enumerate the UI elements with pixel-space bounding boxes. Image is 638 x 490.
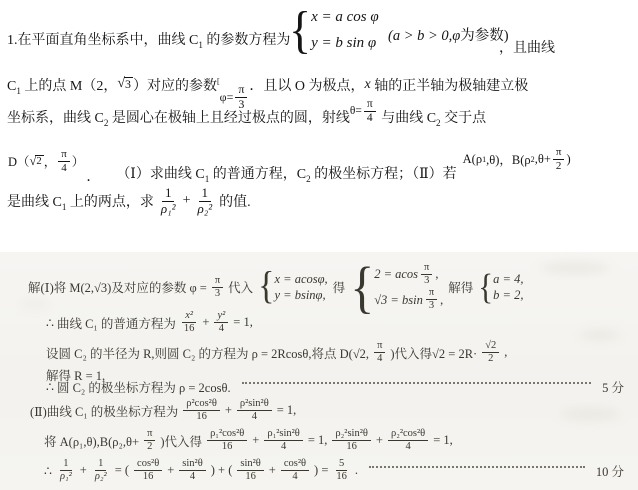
fraction-sin2-16: sin²θ16 xyxy=(237,458,263,483)
point-d-formula: D（√2，π4） xyxy=(8,148,84,174)
text-segment: 是曲线 C xyxy=(7,195,62,210)
plus-sign: + xyxy=(225,403,232,418)
fraction-denominator: 16 xyxy=(333,471,350,483)
fraction-denominator: 4 xyxy=(187,471,198,483)
therefore-symbol: ∴ xyxy=(46,315,54,331)
fraction-numerator: cos²θ xyxy=(134,458,162,471)
result-system: {a = 4,b = 2, xyxy=(478,271,523,304)
therefore-symbol: ∴ xyxy=(46,379,54,395)
fraction-denominator: 4 xyxy=(58,162,70,175)
fraction-denominator: 16 xyxy=(219,441,236,453)
fraction-numerator: cos²θ xyxy=(281,458,309,471)
plus-sign: + xyxy=(269,463,276,478)
questions-text: （Ⅰ）求曲线 C1 的普通方程，C2 的极坐标方程；（Ⅱ）若 xyxy=(116,163,456,184)
sqrt-radical: √3 xyxy=(117,77,133,91)
problem-intro-text: 1.在平面直角坐标系中，曲线 C1 的参数方程为 xyxy=(7,29,290,50)
fraction-denominator: 4 xyxy=(216,323,227,335)
score-label: 10 分 xyxy=(596,462,624,480)
fraction-numerator: x² xyxy=(182,310,196,323)
fraction-pi-4: π4 xyxy=(58,148,70,174)
problem-line-3: 坐标系，曲线 C2 是圆心在极轴上且经过极点的圆，射线θ=π4 与曲线 C2 交… xyxy=(7,98,486,140)
problem-intro-tail: 的参数方程为 xyxy=(203,33,291,48)
plus-sign: + xyxy=(183,193,191,209)
fraction-1-over-rho2sq: 1ρ₂² xyxy=(194,186,215,217)
solution-text: )代入得 xyxy=(160,432,202,450)
solution-text: )代入得√2 = 2R· xyxy=(390,344,477,362)
fraction-denominator: 4 xyxy=(278,441,289,453)
solution-line-8: ∴ 1ρ₁² + 1ρ₂² = ( cos²θ16 + sin²θ4 ) + (… xyxy=(44,458,624,483)
math-document-page: 1.在平面直角坐标系中，曲线 C1 的参数方程为 {x = a cos φy =… xyxy=(0,0,638,490)
fraction-denominator: 2 xyxy=(485,353,496,365)
dotted-leader xyxy=(369,466,585,468)
theta-equals: θ= xyxy=(350,105,362,118)
plus-sign: + xyxy=(80,463,87,478)
fraction-denominator: 2 xyxy=(553,160,565,173)
fraction-y2-4: y²4 xyxy=(214,310,228,335)
fraction-rho1sin2-4: ρ₁²sin²θ4 xyxy=(264,428,302,453)
fraction-numerator: sin²θ xyxy=(179,458,205,471)
brace-symbol: { xyxy=(289,7,311,53)
parametric-system: {x = a cos φy = b sin φ xyxy=(289,4,379,56)
solution-text: 代入 xyxy=(228,278,253,296)
fraction-sin2-4: sin²θ4 xyxy=(179,458,205,483)
question-text: 的普通方程，C xyxy=(209,167,306,182)
period: ． xyxy=(86,166,100,186)
equals-one: = 1, xyxy=(277,403,297,418)
close-paren-equals: ) = xyxy=(314,463,328,478)
plus-sign: + xyxy=(376,433,383,448)
plus-sign: + xyxy=(202,315,209,330)
fraction-numerator: π xyxy=(212,275,223,288)
solution-text: 圆 C₂ 的极坐标方程为 ρ = 2cosθ. xyxy=(57,378,231,396)
system-rows: x = acosφ,y = bsinφ, xyxy=(274,271,327,304)
curve-label: C xyxy=(7,79,16,94)
comma: , xyxy=(504,345,507,360)
solution-text: 解得 xyxy=(448,278,473,296)
fraction-numerator: 5 xyxy=(336,458,347,471)
solution-text: 曲线 C₁ 的普通方程为 xyxy=(57,314,176,332)
comma: , xyxy=(435,266,438,282)
text-segment: 是圆心在极轴上且经过极点的圆，射线 xyxy=(108,111,350,126)
fraction-rho2sin2-4: ρ²sin²θ4 xyxy=(237,398,272,423)
text-segment: 交于点 xyxy=(441,111,487,126)
plus-sign: + xyxy=(167,463,174,478)
plus-sign: + xyxy=(252,433,259,448)
fraction-denominator: 16 xyxy=(181,323,198,335)
paren-close: ） xyxy=(72,152,85,170)
fraction-1-over-rho1sq: 1ρ₁² xyxy=(158,186,179,217)
fraction-denominator: 16 xyxy=(343,441,360,453)
fraction-denominator: ρ₁² xyxy=(158,202,179,217)
text-segment: ．且以 O 为极点， xyxy=(249,79,364,94)
brace-symbol: { xyxy=(350,261,374,313)
solution-line-1: 解(Ⅰ)将 M(2,√3)及对应的参数 φ = π3 代入 {x = acosφ… xyxy=(28,262,525,312)
text-segment: 坐标系，曲线 C2 是圆心在极轴上且经过极点的圆，射线 xyxy=(7,111,350,126)
fraction-denominator: 4 xyxy=(249,411,260,423)
problem-line-1: 1.在平面直角坐标系中，曲线 C1 的参数方程为 {x = a cos φy =… xyxy=(0,0,638,62)
fraction-numerator: π xyxy=(144,428,155,441)
dotted-leader xyxy=(242,382,592,384)
solution-text: 设圆 C₂ 的半径为 R,则圆 C₂ 的方程为 ρ = 2Rcosθ,将点 D(… xyxy=(46,344,369,362)
fraction-pi-3: π3 xyxy=(421,262,432,287)
fraction-rho2sin2-16: ρ₂²sin²θ16 xyxy=(332,428,370,453)
fraction-denominator: 16 xyxy=(193,411,210,423)
system-rows: a = 4,b = 2, xyxy=(493,271,523,304)
fraction-denominator: 4 xyxy=(289,471,300,483)
text-segment: 与曲线 C xyxy=(378,111,436,126)
comma: ， xyxy=(44,152,57,170)
fraction-pi-3: π3 xyxy=(426,287,437,312)
fraction-denominator: 16 xyxy=(242,471,259,483)
problem-line-5: 是曲线 C1 上的两点，求 1ρ₁² + 1ρ₂² 的值. xyxy=(7,186,251,217)
close-plus-open-paren: ) + ( xyxy=(211,463,233,478)
fraction-5-16: 516 xyxy=(333,458,350,483)
equals-one: = 1, xyxy=(433,433,453,448)
system-row: 2 = acosπ3, xyxy=(374,262,443,287)
fraction-numerator: ρ²sin²θ xyxy=(237,398,272,411)
fraction-numerator: 1 xyxy=(60,458,71,471)
theta-plus-text: ,θ+ xyxy=(535,152,551,167)
points-ab-formula: A(ρ1,θ)，B(ρ2,θ+π2) xyxy=(463,146,571,172)
parametric-rows: x = a cos φy = b sin φ xyxy=(311,4,379,56)
fraction-denominator: 4 xyxy=(374,353,385,365)
fraction-denominator: 2 xyxy=(144,441,155,453)
system-row: a = 4, xyxy=(493,271,523,287)
solution-text: 解(Ⅰ)将 M(2,√3)及对应的参数 φ = xyxy=(28,278,207,296)
fraction-numerator: √2 xyxy=(482,340,499,353)
fraction-pi-3: π3 xyxy=(212,275,223,300)
point-b-text: ,θ)，B(ρ xyxy=(486,150,531,168)
fraction-numerator: sin²θ xyxy=(237,458,263,471)
fraction-numerator: ρ²cos²θ xyxy=(183,398,220,411)
equals-open-paren: = ( xyxy=(115,463,129,478)
equals-one: = 1, xyxy=(308,433,328,448)
fraction-numerator: y² xyxy=(214,310,228,323)
line1-tail-text: ，且曲线 xyxy=(499,37,555,57)
fraction-pi-4: π4 xyxy=(374,340,385,365)
point-a-text: A(ρ xyxy=(463,152,482,167)
fraction-cos2-4: cos²θ4 xyxy=(281,458,309,483)
fraction-denominator: ρ₂² xyxy=(92,471,110,483)
equals-one: = 1, xyxy=(233,315,253,330)
score-label: 5 分 xyxy=(602,378,624,396)
text-segment: 与曲线 C2 交于点 xyxy=(378,111,486,126)
system-row: x = acosφ, xyxy=(274,271,327,287)
solution-text: 得 xyxy=(333,278,346,296)
paren-open: D（ xyxy=(8,152,30,170)
solution-line-5: ∴ 圆 C₂ 的极坐标方程为 ρ = 2cosθ. 5 分 xyxy=(46,378,624,396)
fraction-denominator: ρ₁² xyxy=(57,471,75,483)
row-text: 2 = acos xyxy=(374,266,418,282)
solution-line-7: 将 A(ρ₁,θ),B(ρ₂,θ+ π2 )代入得 ρ₁²cos²θ16 + ρ… xyxy=(44,428,453,453)
fraction-pi-4: π4 xyxy=(364,98,376,125)
brace-symbol: { xyxy=(258,270,274,305)
sqrt-argument: 3 xyxy=(124,77,133,91)
fraction-1-rho2sq: 1ρ₂² xyxy=(92,458,110,483)
fraction-denominator: 16 xyxy=(140,471,157,483)
fraction-numerator: 1 xyxy=(162,186,175,202)
scan-artifact xyxy=(560,408,620,420)
ray-theta-formula: θ=π4 xyxy=(350,98,378,125)
fraction-rho2cos2-16: ρ²cos²θ16 xyxy=(183,398,220,423)
system-rows: 2 = acosπ3,√3 = bsinπ3, xyxy=(374,262,443,312)
fraction-denominator: ρ₂² xyxy=(194,202,215,217)
fraction-numerator: ρ₁²cos²θ xyxy=(207,428,247,441)
text-segment: 是曲线 C1 上的两点，求 xyxy=(7,191,154,212)
text-segment: C1 上的点 M（2， xyxy=(7,79,117,94)
condition-math: (a > b > 0,φ xyxy=(388,28,460,44)
bracket-artifact: [ xyxy=(217,78,220,87)
scan-artifact xyxy=(540,262,610,274)
fraction-pi-2: π2 xyxy=(144,428,155,453)
fraction-cos2-16: cos²θ16 xyxy=(134,458,162,483)
problem-line-4: D（√2，π4） ． （Ⅰ）求曲线 C1 的普通方程，C2 的极坐标方程；（Ⅱ）… xyxy=(8,146,571,186)
fraction-numerator: π xyxy=(235,83,247,98)
system-row: y = bsinφ, xyxy=(274,287,327,303)
fraction-1-rho1sq: 1ρ₁² xyxy=(57,458,75,483)
question-2-text: 的极坐标方程；（Ⅱ）若 xyxy=(311,167,457,182)
solution-line-3: 设圆 C₂ 的半径为 R,则圆 C₂ 的方程为 ρ = 2Rcosθ,将点 D(… xyxy=(46,340,507,365)
text-segment: 轴的正半轴为极轴建立极 xyxy=(371,79,529,94)
sqrt-argument: 2 xyxy=(35,155,43,168)
solution-line-2: ∴ 曲线 C₁ 的普通方程为 x²16 + y²4 = 1, xyxy=(46,310,253,335)
solution-text: 将 A(ρ₁,θ),B(ρ₂,θ+ xyxy=(44,432,139,450)
fraction-numerator: 1 xyxy=(95,458,106,471)
fraction-numerator: π xyxy=(364,98,376,112)
curve-label: 坐标系，曲线 C xyxy=(7,111,104,126)
text-segment: 上的两点，求 xyxy=(66,195,154,210)
fraction-numerator: π xyxy=(58,148,70,162)
solution-line-6: (Ⅱ)曲线 C₁ 的极坐标方程为 ρ²cos²θ16 + ρ²sin²θ4 = … xyxy=(30,398,296,423)
fraction-numerator: π xyxy=(553,146,565,160)
substituted-system: {2 = acosπ3,√3 = bsinπ3, xyxy=(350,262,443,312)
fraction-numerator: ρ₁²sin²θ xyxy=(264,428,302,441)
row-text: √3 = bsin xyxy=(374,292,423,308)
fraction-denominator: 3 xyxy=(212,288,223,300)
system-row: √3 = bsinπ3, xyxy=(374,287,443,312)
fraction-denominator: 3 xyxy=(421,275,432,287)
point-m-text: 上的点 M（2， xyxy=(21,79,117,94)
fraction-numerator: π xyxy=(374,340,385,353)
fraction-numerator: ρ₂²sin²θ xyxy=(332,428,370,441)
question-1-text: （Ⅰ）求曲线 C xyxy=(116,167,204,182)
fraction-denominator: 3 xyxy=(426,300,437,312)
comma: , xyxy=(440,292,443,308)
fraction-numerator: π xyxy=(421,262,432,275)
parametric-system: {x = acosφ,y = bsinφ, xyxy=(258,271,328,304)
sqrt-radical: √2 xyxy=(30,155,44,168)
scan-artifact xyxy=(580,330,620,340)
fraction-x2-16: x²16 xyxy=(181,310,198,335)
system-row: b = 2, xyxy=(493,287,523,303)
period: . xyxy=(355,463,358,478)
fraction-numerator: ρ₂²cos²θ xyxy=(388,428,428,441)
parameter-condition: (a > b > 0,φ为参数) xyxy=(388,24,509,45)
fraction-pi-2: π2 xyxy=(553,146,565,172)
paren-close: ) xyxy=(566,152,570,167)
problem-intro-lead: 1.在平面直角坐标系中，曲线 C xyxy=(7,33,198,48)
fraction-rho1cos2-16: ρ₁²cos²θ16 xyxy=(207,428,247,453)
fraction-sqrt2-2: √22 xyxy=(482,340,499,365)
fraction-numerator: 1 xyxy=(199,186,212,202)
fraction-numerator: π xyxy=(426,287,437,300)
fraction-denominator: 4 xyxy=(364,112,376,125)
solution-text: (Ⅱ)曲线 C₁ 的极坐标方程为 xyxy=(30,402,178,420)
text-segment: 的值. xyxy=(219,191,251,211)
parametric-row-x: x = a cos φ xyxy=(311,4,379,30)
fraction-rho2cos2-4: ρ₂²cos²θ4 xyxy=(388,428,428,453)
parametric-row-y: y = b sin φ xyxy=(311,30,379,56)
brace-symbol: { xyxy=(478,271,493,303)
therefore-symbol: ∴ xyxy=(44,463,52,479)
fraction-denominator: 4 xyxy=(402,441,413,453)
text-segment: ）对应的参数 xyxy=(133,79,217,94)
